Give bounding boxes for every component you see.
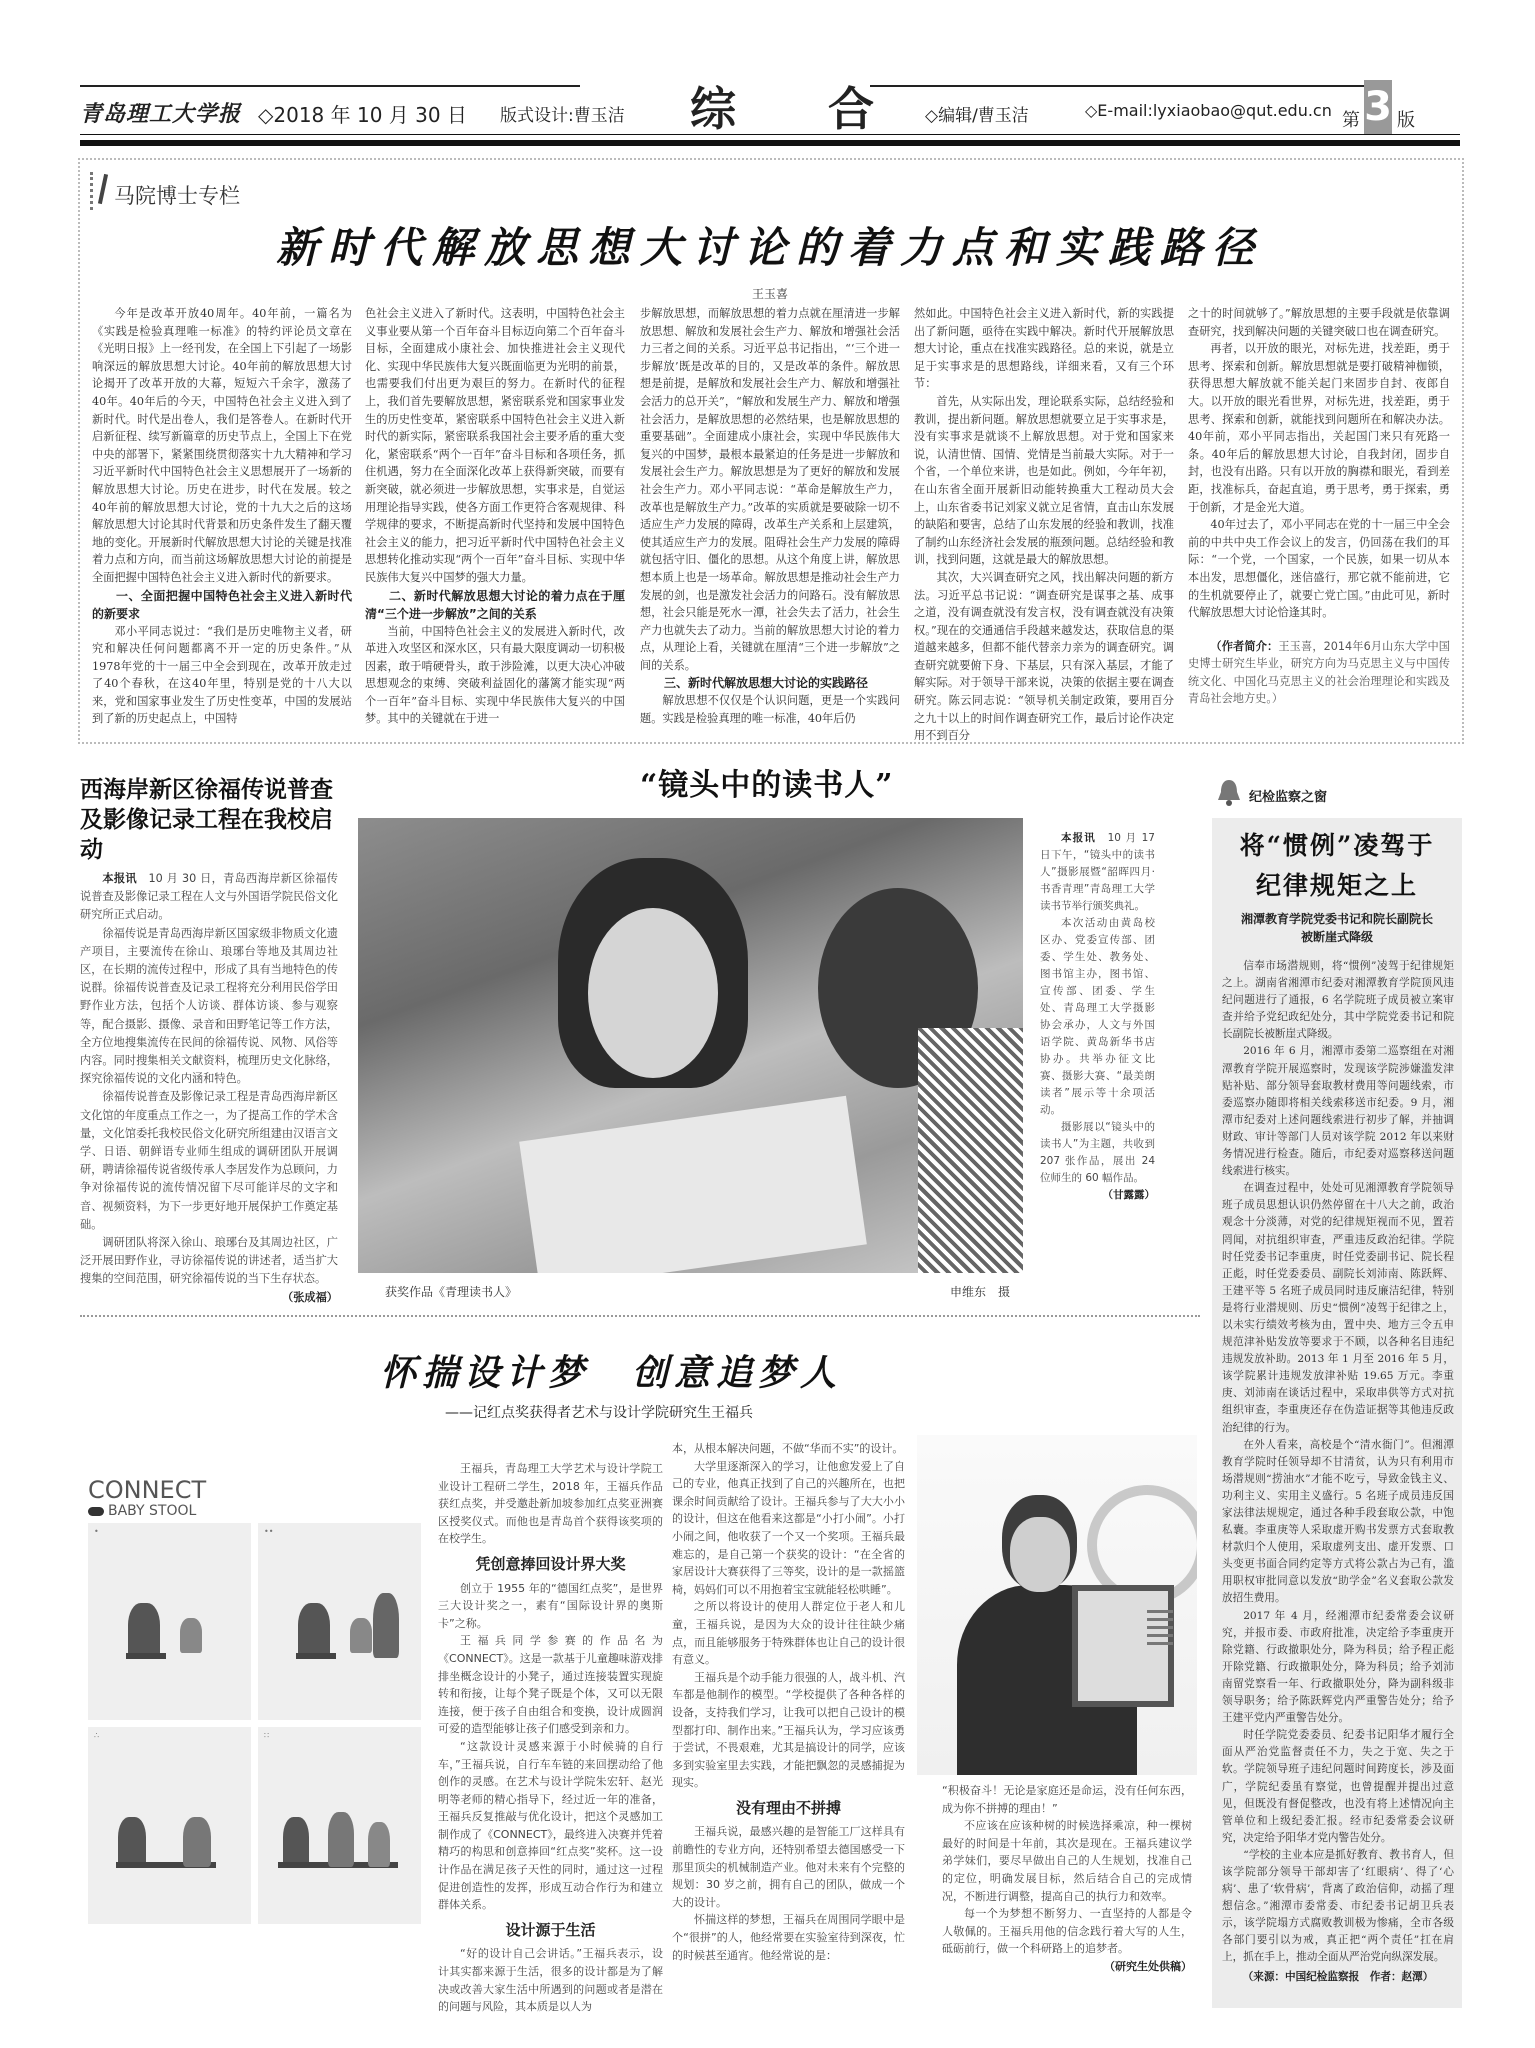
masthead: 青岛理工大学报 ◇2018 年 10 月 30 日 版式设计:曹玉洁 综 合 ◇…: [80, 95, 1460, 135]
paragraph: 怀揣这样的梦想，王福兵在周围同学眼中是个“很拼”的人，他经常要在实验室待到深夜，…: [672, 1911, 905, 1964]
connect-figure-header: CONNECT BABY STOOL: [88, 1478, 206, 1520]
paragraph: “好的设计自己会讲话。”王福兵表示，设计其实都来源于生活，很多的设计都是为了解决…: [438, 1945, 663, 2015]
subtitle-line: 湘潭教育学院党委书记和院长副院长: [1212, 910, 1462, 928]
xufu-title: 西海岸新区徐福传说普查及影像记录工程在我校启动: [80, 775, 335, 865]
section-heading: 二、新时代解放思想大讨论的着力点在于厘清“三个进一步解放”之间的关系: [365, 587, 625, 623]
photo-plaid-bag: [918, 1028, 1023, 1273]
layout-designer: 版式设计:曹玉洁: [500, 101, 625, 126]
section-heading: 一、全面把握中国特色社会主义进入新时代的新要求: [92, 587, 352, 623]
paragraph: 色社会主义进入了新时代。这表明，中国特色社会主义事业要从第一个百年奋斗目标迈向第…: [365, 305, 625, 587]
figure-panel-1: •: [88, 1523, 251, 1720]
photo-credit: 申维东 摄: [950, 1283, 1010, 1300]
section-heading: 三、新时代解放思想大讨论的实践路径: [640, 674, 900, 692]
paragraph: “学校的主业本应是抓好教育、教书育人，但该学院部分领导干部却害了‘红眼病’、得了…: [1222, 1847, 1454, 1967]
masthead-rule-left: [80, 85, 580, 87]
child-figure: [128, 1603, 160, 1658]
section-title: 综 合: [690, 73, 912, 139]
lead-label: 本报讯: [1061, 832, 1096, 844]
masthead-rule-right: [870, 85, 1390, 87]
issue-date: ◇2018 年 10 月 30 日: [258, 99, 467, 128]
paragraph: 王福兵说，最感兴趣的是智能工厂这样具有前瞻性的专业方向，还特别希望去德国感受一下…: [672, 1823, 905, 1911]
panel-mark: ••: [264, 1527, 273, 1536]
lead-text: 10 月 17 日下午，“镜头中的读书人”摄影展暨“韶晖四月·书香青理”青岛理工…: [1040, 832, 1155, 912]
photo-article-body: 本报讯 10 月 17 日下午，“镜头中的读书人”摄影展暨“韶晖四月·书香青理”…: [1040, 830, 1155, 1204]
byline-credit: （来源：中国纪检监察报 作者：赵潭）: [1222, 1969, 1454, 1986]
photo-caption: 获奖作品《青理读书人》: [385, 1283, 517, 1300]
paragraph: 再者，以开放的眼光，对标先进，找差距，勇于思考、探索和创新。解放思想就是要打破精…: [1188, 340, 1450, 516]
feature-column-4: 然如此。中国特色社会主义进入新时代，新的实践提出了新问题，亟待在实践中解决。新时…: [914, 305, 1174, 745]
award-photo: [358, 818, 1023, 1273]
paragraph: 创立于 1955 年的“德国红点奖”，是世界三大设计奖之一，素有“国际设计界的奥…: [438, 1580, 663, 1633]
feature-column-3: 步解放思想，而解放思想的着力点就在厘清进一步解放思想、解放和发展社会生产力、解放…: [640, 305, 900, 728]
child-figure: [183, 1817, 211, 1867]
discipline-body: 信奉市场潜规则，将“惯例”凌驾于纪律规矩之上。湖南省湘潭市纪委对湘潭教育学院顶风…: [1222, 958, 1454, 1986]
pencil-notebook-icon: [90, 172, 111, 210]
baby-figure: [350, 1618, 372, 1653]
panel-mark: ∴: [94, 1731, 99, 1740]
paragraph: 徐福传说是青岛西海岸新区国家级非物质文化遗产项目，主要流传在徐山、琅琊台等地及其…: [80, 925, 338, 1089]
editor-email: ◇E-mail:lyxiaobao@qut.edu.cn: [1085, 101, 1332, 120]
byline-credit: （研究生处供稿）: [942, 1958, 1192, 1976]
paragraph: 调研团队将深入徐山、琅琊台及其周边社区，广泛开展田野作业，寻访徐福传说的讲述者，…: [80, 1234, 338, 1289]
portrait-face: [1010, 1517, 1070, 1592]
figure-subtitle: BABY STOOL: [108, 1503, 196, 1519]
paragraph: 本次活动由黄岛校区办、党委宣传部、团委、学生处、教务处、图书馆主办，图书馆、宣传…: [1040, 915, 1155, 1119]
paper-name: 青岛理工大学报: [80, 97, 241, 128]
title-line: 纪律规矩之上: [1212, 866, 1462, 906]
page-suffix: 版: [1397, 106, 1415, 132]
masthead-rule-thin: [80, 134, 1460, 135]
stool-figure: [126, 1653, 166, 1659]
xufu-body: 本报讯 10 月 30 日，青岛西海岸新区徐福传说普查及影像记录工程在人文与外国…: [80, 870, 338, 1307]
connector-icon: [88, 1507, 104, 1516]
paragraph: 徐福传说普查及影像记录工程是青岛西海岸新区文化馆的年度重点工作之一，为了提高工作…: [80, 1088, 338, 1234]
discipline-title: 将“惯例”凌驾于 纪律规矩之上: [1212, 826, 1462, 906]
author-bio-label: （作者简介：: [1210, 640, 1278, 653]
feature-column-2: 色社会主义进入了新时代。这表明，中国特色社会主义事业要从第一个百年奋斗目标迈向第…: [365, 305, 625, 728]
figure-panel-2: ••: [258, 1523, 421, 1720]
panel-mark: •: [94, 1527, 99, 1536]
design-column-2: 本，从根本解决问题，不做“华而不实”的设计。 大学里逐渐深入的学习，让他愈发爱上…: [672, 1440, 905, 1964]
paragraph: 今年是改革开放40周年。40年前，一篇名为《实践是检验真理唯一标准》的特约评论员…: [92, 305, 352, 587]
decorative-stripes: [1147, 1610, 1173, 1613]
column-tag-label: 纪检监察之窗: [1249, 786, 1327, 805]
design-article-title: 怀揣设计梦 创意追梦人: [380, 1345, 842, 1396]
section-heading: 没有理由不拼搏: [672, 1800, 905, 1818]
stool-figure: [296, 1653, 336, 1659]
child-figure: [283, 1817, 309, 1867]
discipline-subtitle: 湘潭教育学院党委书记和院长副院长 被断崖式降级: [1212, 910, 1462, 946]
child-figure: [368, 1822, 390, 1867]
section-divider: [80, 1315, 1200, 1317]
lead-label: 本报讯: [102, 872, 137, 885]
photo-article-title: “镜头中的读书人”: [640, 760, 894, 804]
byline-credit: （张成福）: [80, 1289, 338, 1307]
paragraph: “这款设计灵感来源于小时候骑的自行车，”王福兵说，自行车车链的来回摆动给了他创作…: [438, 1738, 663, 1914]
paragraph: 不应该在应该种树的时候选择乘凉，种一棵树最好的时间是十年前，其次是现在。王福兵建…: [942, 1817, 1192, 1905]
paragraph: 在外人看来，高校是个“清水衙门”。但湘潭教育学院时任领导却不甘清贫，认为只有利用…: [1222, 1437, 1454, 1608]
paragraph: 之所以将设计的使用人群定位于老人和儿童，王福兵说，是因为大众的设计往往缺少痛点，…: [672, 1598, 905, 1668]
design-column-1: 王福兵，青岛理工大学艺术与设计学院工业设计工程研二学生，2018 年，王福兵作品…: [438, 1460, 663, 2016]
design-column-3: “积极奋斗！无论是家庭还是命运，没有任何东西，成为你不拼搏的理由！” 不应该在应…: [942, 1782, 1192, 1976]
paragraph: 每一个为梦想不断努力、一直坚持的人都是令人敬佩的。王福兵用他的信念践行着大写的人…: [942, 1905, 1192, 1958]
portrait-photo: [917, 1435, 1197, 1775]
paragraph: 40年过去了，邓小平同志在党的十一届三中全会前的中共中央工作会议上的发言，仍回荡…: [1188, 516, 1450, 622]
design-article-subtitle: ——记红点奖获得者艺术与设计学院研究生王福兵: [445, 1402, 753, 1422]
byline-credit: （甘露露）: [1040, 1187, 1155, 1204]
page-prefix: 第: [1342, 106, 1360, 132]
paragraph: “积极奋斗！无论是家庭还是命运，没有任何东西，成为你不拼搏的理由！”: [942, 1782, 1192, 1817]
child-figure: [118, 1817, 146, 1867]
photo-book: [519, 1096, 867, 1273]
paragraph: 王福兵是个动手能力很强的人，战斗机、汽车都是他制作的模型。“学校提供了各种各样的…: [672, 1669, 905, 1792]
paragraph: 本报讯 10 月 30 日，青岛西海岸新区徐福传说普查及影像记录工程在人文与外国…: [80, 870, 338, 925]
paragraph: 其次，大兴调查研究之风，找出解决问题的新方法。习近平总书记说：“调查研究是谋事之…: [914, 569, 1174, 745]
feature-column-5: 之十的时间就够了。”解放思想的主要手段就是依靠调查研究，找到解决问题的关键突破口…: [1188, 305, 1450, 708]
child-figure: [328, 1812, 354, 1867]
paragraph: 摄影展以“镜头中的读书人”为主题，共收到 207 张作品，展出 24 位师生的 …: [1040, 1119, 1155, 1187]
figure-panel-3: ∴: [88, 1727, 251, 1924]
feature-column-1: 今年是改革开放40周年。40年前，一篇名为《实践是检验真理唯一标准》的特约评论员…: [92, 305, 352, 728]
figure-brand: CONNECT: [88, 1478, 206, 1502]
paragraph: 时任学院党委委员、纪委书记阳华才履行全面从严治党监督责任不力，失之于宽、失之于软…: [1222, 1727, 1454, 1847]
paragraph: 当前，中国特色社会主义的发展进入新时代，改革进入攻坚区和深水区，只有最大限度调动…: [365, 623, 625, 729]
column-tag-label: 马院博士专栏: [114, 180, 240, 210]
subtitle-line: 被断崖式降级: [1212, 928, 1462, 946]
paragraph: 信奉市场潜规则，将“惯例”凌驾于纪律规矩之上。湖南省湘潭市纪委对湘潭教育学院顶风…: [1222, 958, 1454, 1043]
paragraph: 首先，从实际出发，理论联系实际，总结经验和教训，提出新问题。解放思想就要立足于实…: [914, 393, 1174, 569]
child-figure: [298, 1603, 330, 1658]
paragraph: 大学里逐渐深入的学习，让他愈发爱上了自己的专业，他真正找到了自己的兴趣所在，也把…: [672, 1458, 905, 1599]
paragraph: 2016 年 6 月，湘潭市委第二巡察组在对湘潭教育学院开展巡察时，发现该学院涉…: [1222, 1043, 1454, 1180]
paragraph: 邓小平同志说过：“我们是历史唯物主义者，研究和解决任何问题都离不开一定的历史条件…: [92, 623, 352, 729]
title-line: 将“惯例”凌驾于: [1212, 826, 1462, 866]
baby-figure: [180, 1618, 202, 1653]
paragraph: 本报讯 10 月 17 日下午，“镜头中的读书人”摄影展暨“韶晖四月·书香青理”…: [1040, 830, 1155, 915]
paragraph: 步解放思想，而解放思想的着力点就在厘清进一步解放思想、解放和发展社会生产力、解放…: [640, 305, 900, 674]
paragraph: 在调查过程中，处处可见湘潭教育学院领导班子成员思想认识仍然停留在十八大之前，政治…: [1222, 1180, 1454, 1436]
section-heading: 设计源于生活: [438, 1922, 663, 1940]
figure-panel-4: ∷: [258, 1727, 421, 1924]
paragraph: 之十的时间就够了。”解放思想的主要手段就是依靠调查研究，找到解决问题的关键突破口…: [1188, 305, 1450, 340]
feature-title: 新时代解放思想大讨论的着力点和实践路径: [80, 215, 1460, 275]
paragraph: 本，从根本解决问题，不做“华而不实”的设计。: [672, 1440, 905, 1458]
paragraph: 2017 年 4 月，经湘潭市纪委常委会议研究，并报市委、市政府批准，决定给予李…: [1222, 1608, 1454, 1728]
photo-subject-face: [588, 908, 718, 1078]
author-bio: （作者简介：王玉喜，2014年6月山东大学中国史博士研究生毕业，研究方向为马克思…: [1188, 638, 1450, 708]
paragraph: 解放思想不仅仅是个认识问题，更是一个实践问题。实践是检验真理的唯一标准，40年后…: [640, 692, 900, 727]
paragraph: 然如此。中国特色社会主义进入新时代，新的实践提出了新问题，亟待在实践中解决。新时…: [914, 305, 1174, 393]
page-number: 3: [1364, 80, 1392, 135]
child-figure: [373, 1593, 399, 1658]
feature-author: 王玉喜: [80, 285, 1460, 302]
award-certificate: [1072, 1585, 1174, 1707]
panel-mark: ∷: [264, 1731, 269, 1740]
bell-icon: [1215, 778, 1243, 808]
paragraph: 王福兵，青岛理工大学艺术与设计学院工业设计工程研二学生，2018 年，王福兵作品…: [438, 1460, 663, 1548]
editor: ◇编辑/曹玉洁: [925, 101, 1029, 126]
masthead-rule-thick: [80, 140, 1460, 146]
section-heading: 凭创意捧回设计界大奖: [438, 1556, 663, 1574]
paragraph: 王福兵同学参赛的作品名为《CONNECT》。这是一款基于儿童趣味游戏排排坐概念设…: [438, 1632, 663, 1738]
